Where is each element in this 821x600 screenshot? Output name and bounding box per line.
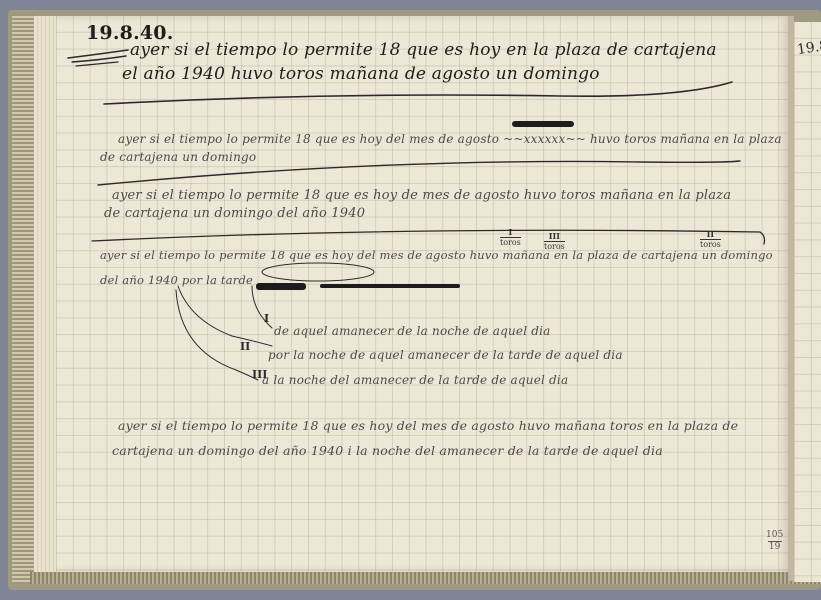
circled-strike (262, 263, 374, 281)
divider-3 (92, 230, 765, 244)
divider-2 (98, 161, 740, 185)
pen-strokes (0, 0, 821, 600)
date-underline-3 (76, 62, 118, 66)
connector-III (176, 290, 258, 380)
connector-I (252, 286, 272, 328)
divider-1 (104, 82, 732, 104)
connector-II (178, 286, 272, 346)
